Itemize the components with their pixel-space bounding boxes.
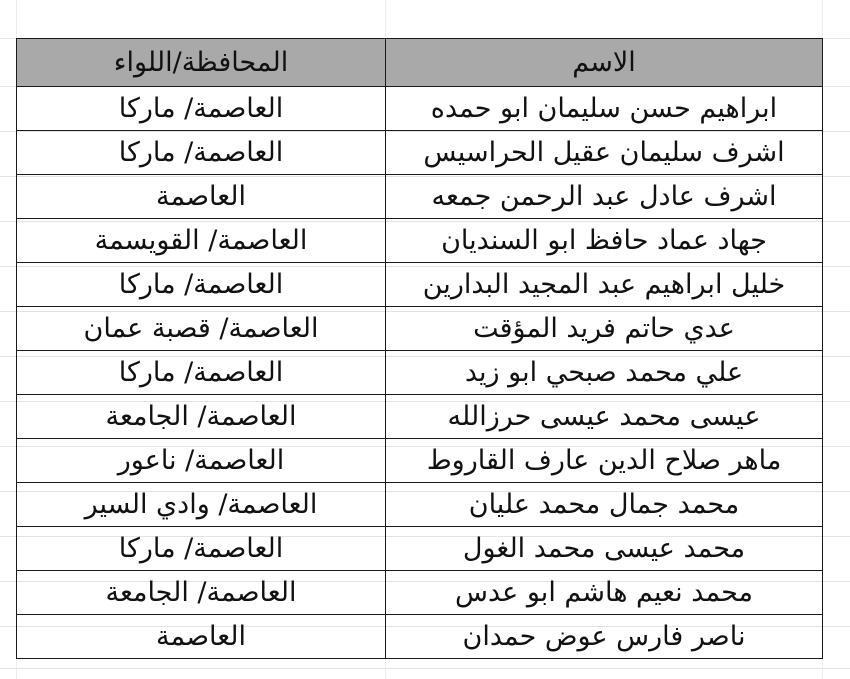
cell-governorate[interactable]: العاصمة/ ماركا: [17, 351, 386, 395]
table-row: ماهر صلاح الدين عارف القاروطالعاصمة/ ناع…: [17, 439, 823, 483]
table-row: علي محمد صبحي ابو زيدالعاصمة/ ماركا: [17, 351, 823, 395]
cell-name[interactable]: محمد عيسى محمد الغول: [386, 527, 823, 571]
cell-name[interactable]: محمد نعيم هاشم ابو عدس: [386, 571, 823, 615]
table-row: محمد نعيم هاشم ابو عدسالعاصمة/ الجامعة: [17, 571, 823, 615]
cell-governorate[interactable]: العاصمة/ ماركا: [17, 263, 386, 307]
cell-governorate[interactable]: العاصمة/ ماركا: [17, 527, 386, 571]
cell-name[interactable]: محمد جمال محمد عليان: [386, 483, 823, 527]
cell-governorate[interactable]: العاصمة/ ناعور: [17, 439, 386, 483]
names-table: الاسم المحافظة/اللواء ابراهيم حسن سليمان…: [16, 38, 823, 659]
cell-governorate[interactable]: العاصمة/ قصبة عمان: [17, 307, 386, 351]
table-row: جهاد عماد حافظ ابو السنديانالعاصمة/ القو…: [17, 219, 823, 263]
table-row: اشرف سليمان عقيل الحراسيسالعاصمة/ ماركا: [17, 131, 823, 175]
cell-governorate[interactable]: العاصمة/ الجامعة: [17, 395, 386, 439]
table-row: عيسى محمد عيسى حرزاللهالعاصمة/ الجامعة: [17, 395, 823, 439]
table-row: خليل ابراهيم عبد المجيد البدارينالعاصمة/…: [17, 263, 823, 307]
cell-governorate[interactable]: العاصمة/ الجامعة: [17, 571, 386, 615]
cell-governorate[interactable]: العاصمة: [17, 175, 386, 219]
cell-name[interactable]: ماهر صلاح الدين عارف القاروط: [386, 439, 823, 483]
gridline: [0, 668, 850, 669]
cell-governorate[interactable]: العاصمة/ ماركا: [17, 131, 386, 175]
cell-name[interactable]: عيسى محمد عيسى حرزالله: [386, 395, 823, 439]
header-row: الاسم المحافظة/اللواء: [17, 39, 823, 87]
cell-governorate[interactable]: العاصمة/ ماركا: [17, 87, 386, 131]
table-row: عدي حاتم فريد المؤقتالعاصمة/ قصبة عمان: [17, 307, 823, 351]
cell-name[interactable]: ناصر فارس عوض حمدان: [386, 615, 823, 659]
cell-name[interactable]: ابراهيم حسن سليمان ابو حمده: [386, 87, 823, 131]
cell-name[interactable]: خليل ابراهيم عبد المجيد البدارين: [386, 263, 823, 307]
header-governorate[interactable]: المحافظة/اللواء: [17, 39, 386, 87]
cell-name[interactable]: اشرف سليمان عقيل الحراسيس: [386, 131, 823, 175]
cell-name[interactable]: عدي حاتم فريد المؤقت: [386, 307, 823, 351]
cell-name[interactable]: علي محمد صبحي ابو زيد: [386, 351, 823, 395]
table-row: ناصر فارس عوض حمدانالعاصمة: [17, 615, 823, 659]
table-row: ابراهيم حسن سليمان ابو حمدهالعاصمة/ مارك…: [17, 87, 823, 131]
cell-name[interactable]: جهاد عماد حافظ ابو السنديان: [386, 219, 823, 263]
table-row: اشرف عادل عبد الرحمن جمعهالعاصمة: [17, 175, 823, 219]
cell-governorate[interactable]: العاصمة/ وادي السير: [17, 483, 386, 527]
cell-name[interactable]: اشرف عادل عبد الرحمن جمعه: [386, 175, 823, 219]
table-row: محمد عيسى محمد الغولالعاصمة/ ماركا: [17, 527, 823, 571]
table-row: محمد جمال محمد عليانالعاصمة/ وادي السير: [17, 483, 823, 527]
cell-governorate[interactable]: العاصمة: [17, 615, 386, 659]
header-name[interactable]: الاسم: [386, 39, 823, 87]
cell-governorate[interactable]: العاصمة/ القويسمة: [17, 219, 386, 263]
